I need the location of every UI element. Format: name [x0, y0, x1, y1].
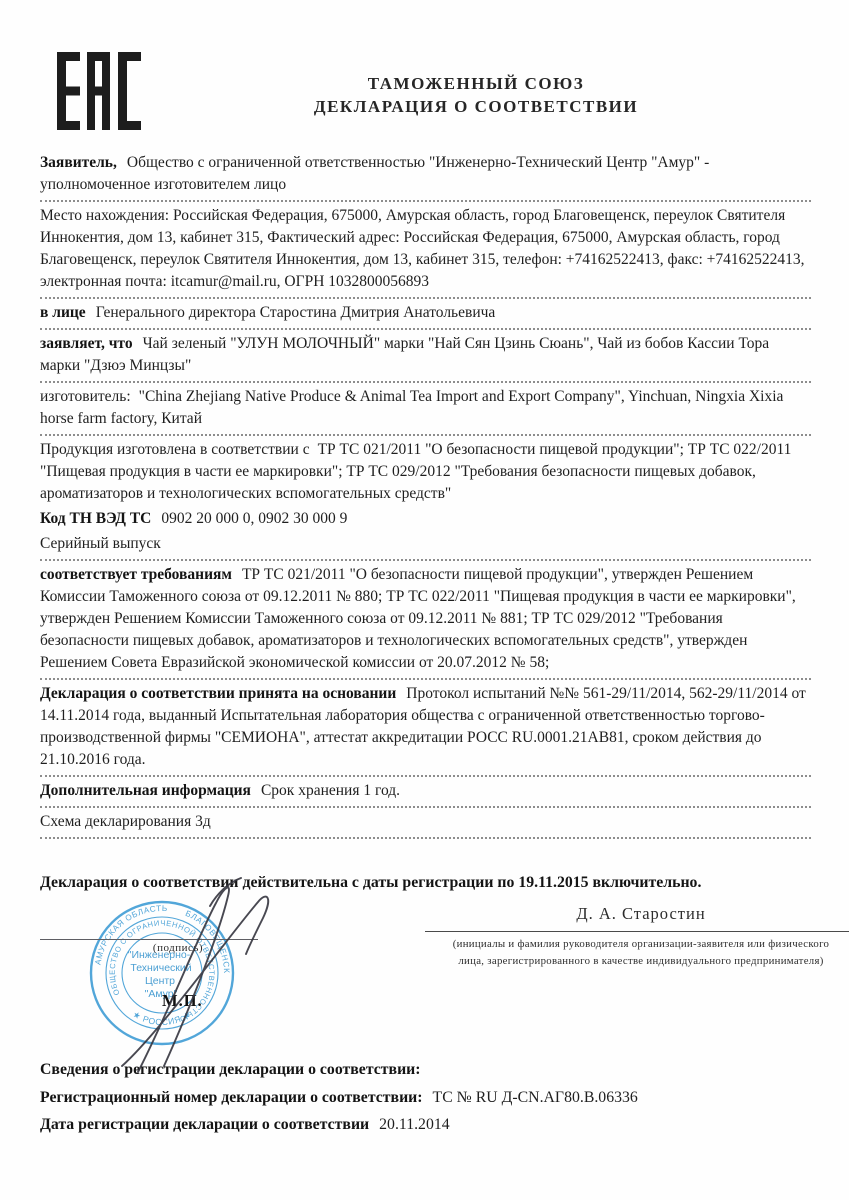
registration-date-row: Дата регистрации декларации о соответств…	[40, 1111, 811, 1139]
section-address: Место нахождения: Российская Федерация, …	[40, 202, 811, 299]
stamp-center-line3: Центр	[145, 975, 175, 987]
registration-date-value: 20.11.2014	[379, 1116, 450, 1133]
additional-info-text: Срок хранения 1 год.	[261, 782, 400, 799]
registration-number-label: Регистрационный номер декларации о соотв…	[40, 1089, 423, 1106]
section-tnved-code: Код ТН ВЭД ТС0902 20 000 0, 0902 30 000 …	[40, 505, 811, 530]
declares-label: заявляет, что	[40, 335, 133, 352]
head-name: Д. А. Старостин	[425, 904, 849, 932]
validity-statement: Декларация о соответствии действительна …	[40, 871, 730, 895]
mp-seal-mark: М.П.	[162, 991, 203, 1011]
declaration-document: ТАМОЖЕННЫЙ СОЮЗ ДЕКЛАРАЦИЯ О СООТВЕТСТВИ…	[0, 0, 849, 1200]
company-stamp: АМУРСКАЯ ОБЛАСТЬ БЛАГОВЕЩЕНСК ОБЩЕСТВО С…	[87, 898, 237, 1048]
registration-info-heading: Сведения о регистрации декларации о соот…	[40, 1056, 811, 1084]
document-title: ТАМОЖЕННЫЙ СОЮЗ ДЕКЛАРАЦИЯ О СООТВЕТСТВИ…	[141, 52, 811, 119]
eac-logo-icon	[57, 52, 141, 130]
head-note-line1: (инициалы и фамилия руководителя организ…	[425, 936, 849, 953]
serial-text: Серийный выпуск	[40, 535, 161, 552]
section-manufacturer: изготовитель:"China Zhejiang Native Prod…	[40, 383, 811, 436]
registration-info: Сведения о регистрации декларации о соот…	[40, 1056, 811, 1139]
section-made-according: Продукция изготовлена в соответствии сТР…	[40, 436, 811, 505]
manufacturer-label: изготовитель:	[40, 388, 131, 405]
complies-label: соответствует требованиям	[40, 566, 232, 583]
head-name-note: (инициалы и фамилия руководителя организ…	[425, 932, 849, 971]
section-scheme: Схема декларирования 3д	[40, 808, 811, 839]
section-additional-info: Дополнительная информацияСрок хранения 1…	[40, 777, 811, 808]
declares-text: Чай зеленый "УЛУН МОЛОЧНЫЙ" марки "Най С…	[40, 335, 769, 374]
title-line-2: ДЕКЛАРАЦИЯ О СООТВЕТСТВИИ	[141, 95, 811, 118]
document-header: ТАМОЖЕННЫЙ СОЮЗ ДЕКЛАРАЦИЯ О СООТВЕТСТВИ…	[40, 52, 811, 130]
stamp-center-line2: Технический	[130, 962, 191, 974]
in-person-label: в лице	[40, 304, 86, 321]
signature-line	[40, 939, 258, 940]
registration-number-row: Регистрационный номер декларации о соотв…	[40, 1084, 811, 1112]
in-person-text: Генерального директора Старостина Дмитри…	[96, 304, 496, 321]
tnved-code-label: Код ТН ВЭД ТС	[40, 510, 151, 527]
applicant-label: Заявитель,	[40, 154, 117, 171]
head-signature-block: Д. А. Старостин (инициалы и фамилия руко…	[425, 904, 849, 971]
title-line-1: ТАМОЖЕННЫЙ СОЮЗ	[141, 72, 811, 95]
basis-label: Декларация о соответствии принята на осн…	[40, 685, 396, 702]
registration-info-label: Сведения о регистрации декларации о соот…	[40, 1061, 421, 1078]
section-declares: заявляет, чтоЧай зеленый "УЛУН МОЛОЧНЫЙ"…	[40, 330, 811, 383]
made-according-label: Продукция изготовлена в соответствии с	[40, 441, 310, 458]
address-text: Место нахождения: Российская Федерация, …	[40, 207, 805, 290]
signature-area: АМУРСКАЯ ОБЛАСТЬ БЛАГОВЕЩЕНСК ОБЩЕСТВО С…	[40, 898, 811, 1048]
podpis-caption: (подпись)	[118, 942, 238, 954]
applicant-text: Общество с ограниченной ответственностью…	[40, 154, 709, 193]
manufacturer-text: "China Zhejiang Native Produce & Animal …	[40, 388, 783, 427]
section-applicant: Заявитель,Общество с ограниченной ответс…	[40, 149, 811, 202]
section-in-person: в лицеГенерального директора Старостина …	[40, 299, 811, 330]
section-serial: Серийный выпуск	[40, 530, 811, 561]
registration-number-value: ТС № RU Д-CN.АГ80.В.06336	[433, 1089, 638, 1106]
scheme-text: Схема декларирования 3д	[40, 813, 211, 830]
tnved-code-value: 0902 20 000 0, 0902 30 000 9	[161, 510, 347, 527]
registration-date-label: Дата регистрации декларации о соответств…	[40, 1116, 369, 1133]
additional-info-label: Дополнительная информация	[40, 782, 251, 799]
head-note-line2: лица, зарегистрированного в качестве инд…	[425, 953, 849, 970]
section-complies: соответствует требованиямТР ТС 021/2011 …	[40, 561, 811, 680]
section-basis: Декларация о соответствии принята на осн…	[40, 680, 811, 777]
